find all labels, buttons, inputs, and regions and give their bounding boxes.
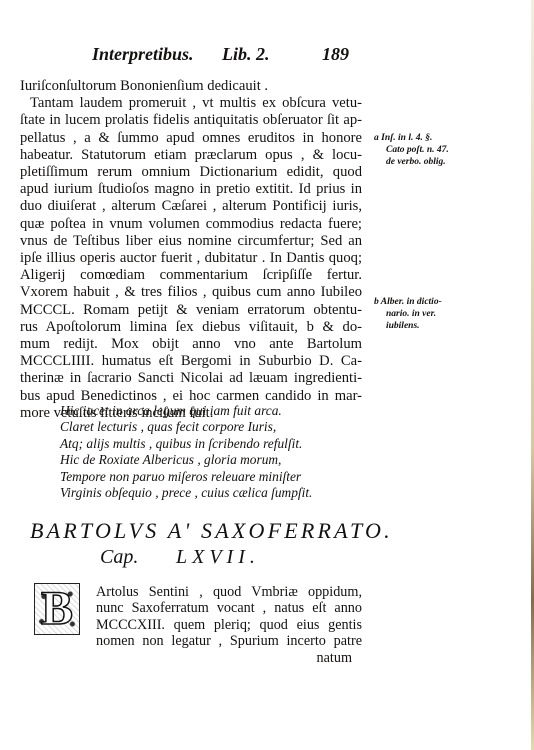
text-line: Tantam laudem promeruit , vt multis ex o… <box>20 95 362 112</box>
margin-note-b: b Alber. in dictio- nario. in ver. iubil… <box>374 296 442 332</box>
running-head-title: Interpretibus. <box>92 44 194 65</box>
verse-line: Atq; alijs multis , quibus in ſcribendo … <box>60 436 360 452</box>
margin-note-line: iubilens. <box>374 320 442 332</box>
text-line: MCCCXIII. quem pleriq; quod eius gentis <box>96 617 362 633</box>
text-line: nomen non legatur , Spurium incerto patr… <box>96 633 362 649</box>
text-line: duo diuiſerat , alterum Cæſarei , alteru… <box>20 198 362 215</box>
verse-line: Claret lecturis , quas fecit corpore Iur… <box>60 419 360 435</box>
text-line: Artolus Sentini , quod Vmbriæ oppidum, <box>96 584 362 600</box>
text-line: mum redijt. Mox obijt anno vno ante Bart… <box>20 336 362 353</box>
chapter-title: BARTOLVS A' SAXOFERRATO. <box>30 518 360 544</box>
text-line: vnus de Teſtibus liber eius nomine circu… <box>20 233 362 250</box>
text-line: ſtate in lucem prolatis fidelis antiquit… <box>20 112 362 129</box>
verse-line: Hic iacet in arca legum qui iam fuit arc… <box>60 403 360 419</box>
text-line: MCCCL. Romam petijt & veniam erratorum o… <box>20 302 362 319</box>
body-paragraph: Iuriſconſultorum Bononienſium dedicauit … <box>20 78 362 422</box>
text-line: ipſe illius operis auctor fuerit , dubit… <box>20 250 362 267</box>
page-number: 189 <box>322 44 349 65</box>
text-line: apud iurium ſtudioſos magno in pretio ex… <box>20 181 362 198</box>
text-line: rus Apoſtolorum limina ſex diebus viſita… <box>20 319 362 336</box>
text-line: MCCCLIIII. humatus eſt Bergomi in Suburb… <box>20 353 362 370</box>
text-line: pletiſſimum rerum omnium Dictionarium ed… <box>20 164 362 181</box>
text-line: nunc Saxoferratum vocant , natus eſt ann… <box>96 600 362 616</box>
text-line: therinæ in ſacrario Sancti Nicolai ad læ… <box>20 370 362 387</box>
chapter-paragraph: Artolus Sentini , quod Vmbriæ oppidum, n… <box>96 584 362 666</box>
ornamental-drop-cap: B <box>34 583 80 635</box>
verse-line: Tempore non paruo miſeros releuare miniſ… <box>60 469 360 485</box>
margin-note-line: Cato poſt. n. 47. <box>374 144 449 156</box>
text-line: habeatur. Statutorum etiam præclarum opu… <box>20 147 362 164</box>
epitaph-verse: Hic iacet in arca legum qui iam fuit arc… <box>60 403 360 501</box>
drop-cap-letter: B <box>41 585 73 633</box>
verse-line: Hic de Roxiate Albericus , gloria morum, <box>60 452 360 468</box>
margin-note-a: a Inſ. in l. 4. §. Cato poſt. n. 47. de … <box>374 132 449 168</box>
text-line: Aligerij comœdiam commentarium ſcripſiſſ… <box>20 267 362 284</box>
margin-note-line: a Inſ. in l. 4. §. <box>374 132 449 144</box>
text-line: Iuriſconſultorum Bononienſium dedicauit … <box>20 78 362 95</box>
running-head-book: Lib. 2. <box>222 44 270 65</box>
chapter-number: LXVII. <box>176 546 260 569</box>
margin-note-line: de verbo. oblig. <box>374 156 449 168</box>
verse-line: Virginis obſequio , prece , cuius cælica… <box>60 485 360 501</box>
chapter-cap-label: Cap. <box>100 546 138 569</box>
running-head: Interpretibus. Lib. 2. 189 <box>90 44 360 66</box>
text-line: pellatus , a & ſummo apud omnes eruditos… <box>20 130 362 147</box>
text-line: quæ poſtea in vnum volumen commodius red… <box>20 216 362 233</box>
catchword: natum <box>96 650 362 666</box>
margin-note-line: b Alber. in dictio- <box>374 296 442 308</box>
margin-note-line: nario. in ver. <box>374 308 442 320</box>
text-line: Vxorem habuit , & tres filios , quibus c… <box>20 284 362 301</box>
